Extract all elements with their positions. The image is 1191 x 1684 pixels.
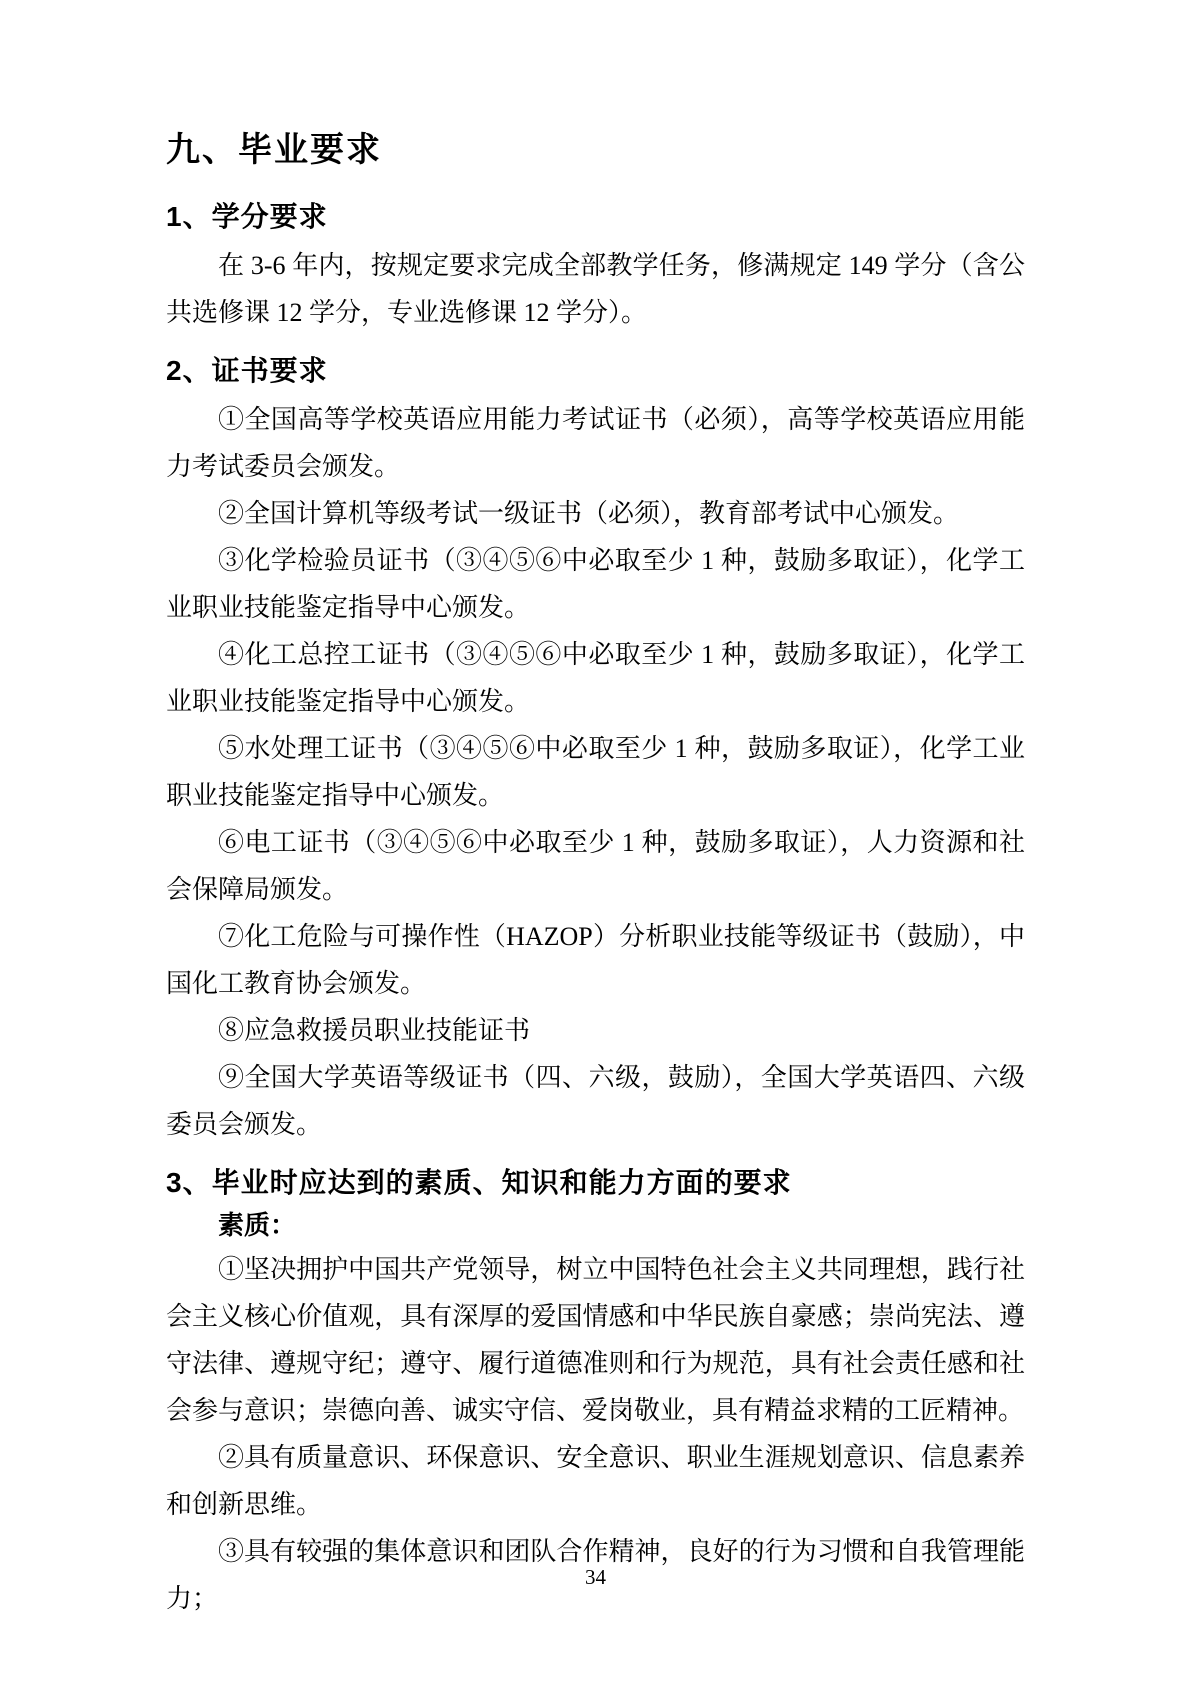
section-3-heading: 3、毕业时应达到的素质、知识和能力方面的要求 [166,1164,1025,1202]
quality-sub-label: 素质： [218,1208,1025,1242]
certificate-item-1: ①全国高等学校英语应用能力考试证书（必须），高等学校英语应用能力考试委员会颁发。 [166,396,1025,490]
certificate-item-7: ⑦化工危险与可操作性（HAZOP）分析职业技能等级证书（鼓励），中国化工教育协会… [166,913,1025,1007]
certificate-item-8: ⑧应急救援员职业技能证书 [166,1007,1025,1054]
section-1-heading: 1、学分要求 [166,198,1025,236]
page-number: 34 [0,1564,1191,1590]
document-page: 九、毕业要求 1、学分要求 在 3-6 年内，按规定要求完成全部教学任务，修满规… [0,0,1191,1684]
chapter-heading: 九、毕业要求 [166,128,1025,172]
quality-item-2: ②具有质量意识、环保意识、安全意识、职业生涯规划意识、信息素养和创新思维。 [166,1434,1025,1528]
quality-item-1: ①坚决拥护中国共产党领导，树立中国特色社会主义共同理想，践行社会主义核心价值观，… [166,1246,1025,1434]
certificate-item-2: ②全国计算机等级考试一级证书（必须），教育部考试中心颁发。 [166,490,1025,537]
certificate-item-4: ④化工总控工证书（③④⑤⑥中必取至少 1 种，鼓励多取证），化学工业职业技能鉴定… [166,631,1025,725]
certificate-item-6: ⑥电工证书（③④⑤⑥中必取至少 1 种，鼓励多取证），人力资源和社会保障局颁发。 [166,819,1025,913]
certificate-item-5: ⑤水处理工证书（③④⑤⑥中必取至少 1 种，鼓励多取证），化学工业职业技能鉴定指… [166,725,1025,819]
certificate-item-9: ⑨全国大学英语等级证书（四、六级，鼓励），全国大学英语四、六级委员会颁发。 [166,1054,1025,1148]
certificate-item-3: ③化学检验员证书（③④⑤⑥中必取至少 1 种，鼓励多取证），化学工业职业技能鉴定… [166,537,1025,631]
section-2-heading: 2、证书要求 [166,352,1025,390]
section-1-paragraph: 在 3-6 年内，按规定要求完成全部教学任务，修满规定 149 学分（含公共选修… [166,242,1025,336]
